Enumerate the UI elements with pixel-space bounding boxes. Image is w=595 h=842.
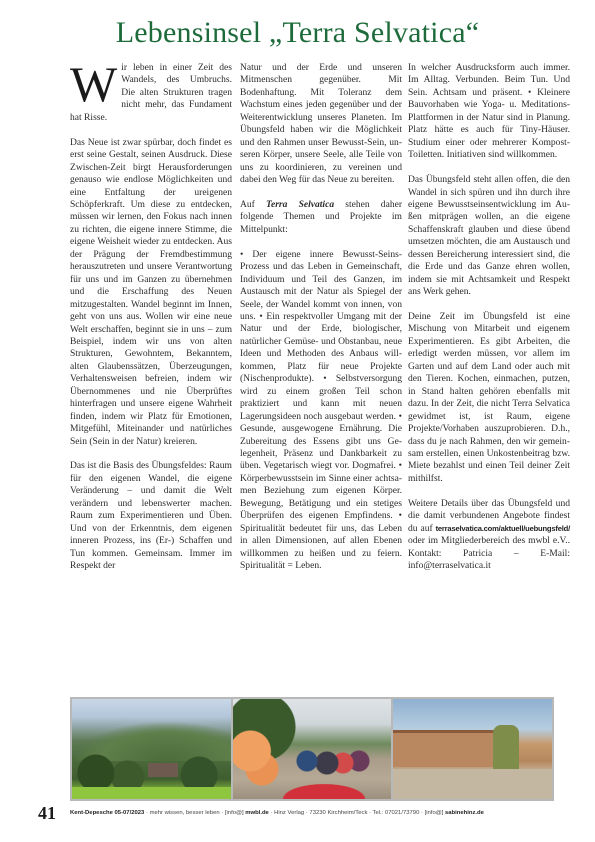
mountain-landscape-photo xyxy=(72,699,231,799)
paragraph: In welcher Ausdrucksform auch immer. Im … xyxy=(408,62,570,162)
people-at-table xyxy=(291,741,371,781)
text-run: oder im Mitgliederbereich des mwbl e.V..… xyxy=(408,535,570,571)
paragraph: Auf Terra Selvatica stehen da­her folgen… xyxy=(240,199,402,236)
ivy-tower xyxy=(493,725,519,773)
farmhouse-courtyard-photo xyxy=(393,699,552,799)
page-number: 41 xyxy=(30,803,70,824)
footer-text-run: · Hinz Verlag · 73230 Kirchheim/Teck · T… xyxy=(269,810,445,816)
emphasis-terra-selvatica: Terra Selvatica xyxy=(266,199,334,210)
courtyard xyxy=(393,769,552,799)
paragraph-contact: Weitere Details über das Übungs­feld und… xyxy=(408,498,570,573)
paragraph: Deine Zeit im Übungsfeld ist eine Mischu… xyxy=(408,311,570,485)
meadow xyxy=(72,787,231,799)
text-column-2: Natur und der Erde und unseren Mitmensch… xyxy=(240,62,402,573)
paragraph-bullets: • Der eigene innere Bewusst-Seins-Prozes… xyxy=(240,249,402,573)
photo-strip xyxy=(70,697,554,801)
red-flower-bed xyxy=(280,783,367,799)
house xyxy=(148,763,178,777)
footer-link-sabinehinz[interactable]: sabinehinz.de xyxy=(445,810,484,816)
farmhouse xyxy=(393,733,503,767)
article-title: Lebensinsel „Terra Selvatica“ xyxy=(0,16,595,50)
paragraph-intro: Wir leben in einer Zeit des Wandels, des… xyxy=(70,62,232,124)
orange-flowers xyxy=(233,727,291,787)
paragraph: Das Neue ist zwar spürbar, doch findet e… xyxy=(70,137,232,448)
text-run: Auf xyxy=(240,199,266,210)
paragraph: Das ist die Basis des Übungsfel­des: Rau… xyxy=(70,460,232,572)
paragraph: Das Übungsfeld steht allen offen, die de… xyxy=(408,174,570,299)
drop-cap: W xyxy=(70,64,117,104)
footer-text-run: · mehr wissen, besser leben · [info@] xyxy=(144,810,245,816)
text-column-3: In welcher Ausdrucksform auch immer. Im … xyxy=(408,62,570,573)
website-link[interactable]: terraselvatica.com/aktuell/uebungsfeld/ xyxy=(436,524,570,533)
publication-name: Kent-Depesche 05-07/2023 xyxy=(70,810,144,816)
garden-dinner-table-photo xyxy=(233,699,392,799)
page-footer: 41 Kent-Depesche 05-07/2023 · mehr wisse… xyxy=(30,803,560,823)
footer-imprint: Kent-Depesche 05-07/2023 · mehr wissen, … xyxy=(70,810,484,816)
paragraph: Natur und der Erde und unseren Mitmensch… xyxy=(240,62,402,187)
footer-link-mwbl[interactable]: mwbl.de xyxy=(245,810,269,816)
text-column-1: Wir leben in einer Zeit des Wandels, des… xyxy=(70,62,232,573)
